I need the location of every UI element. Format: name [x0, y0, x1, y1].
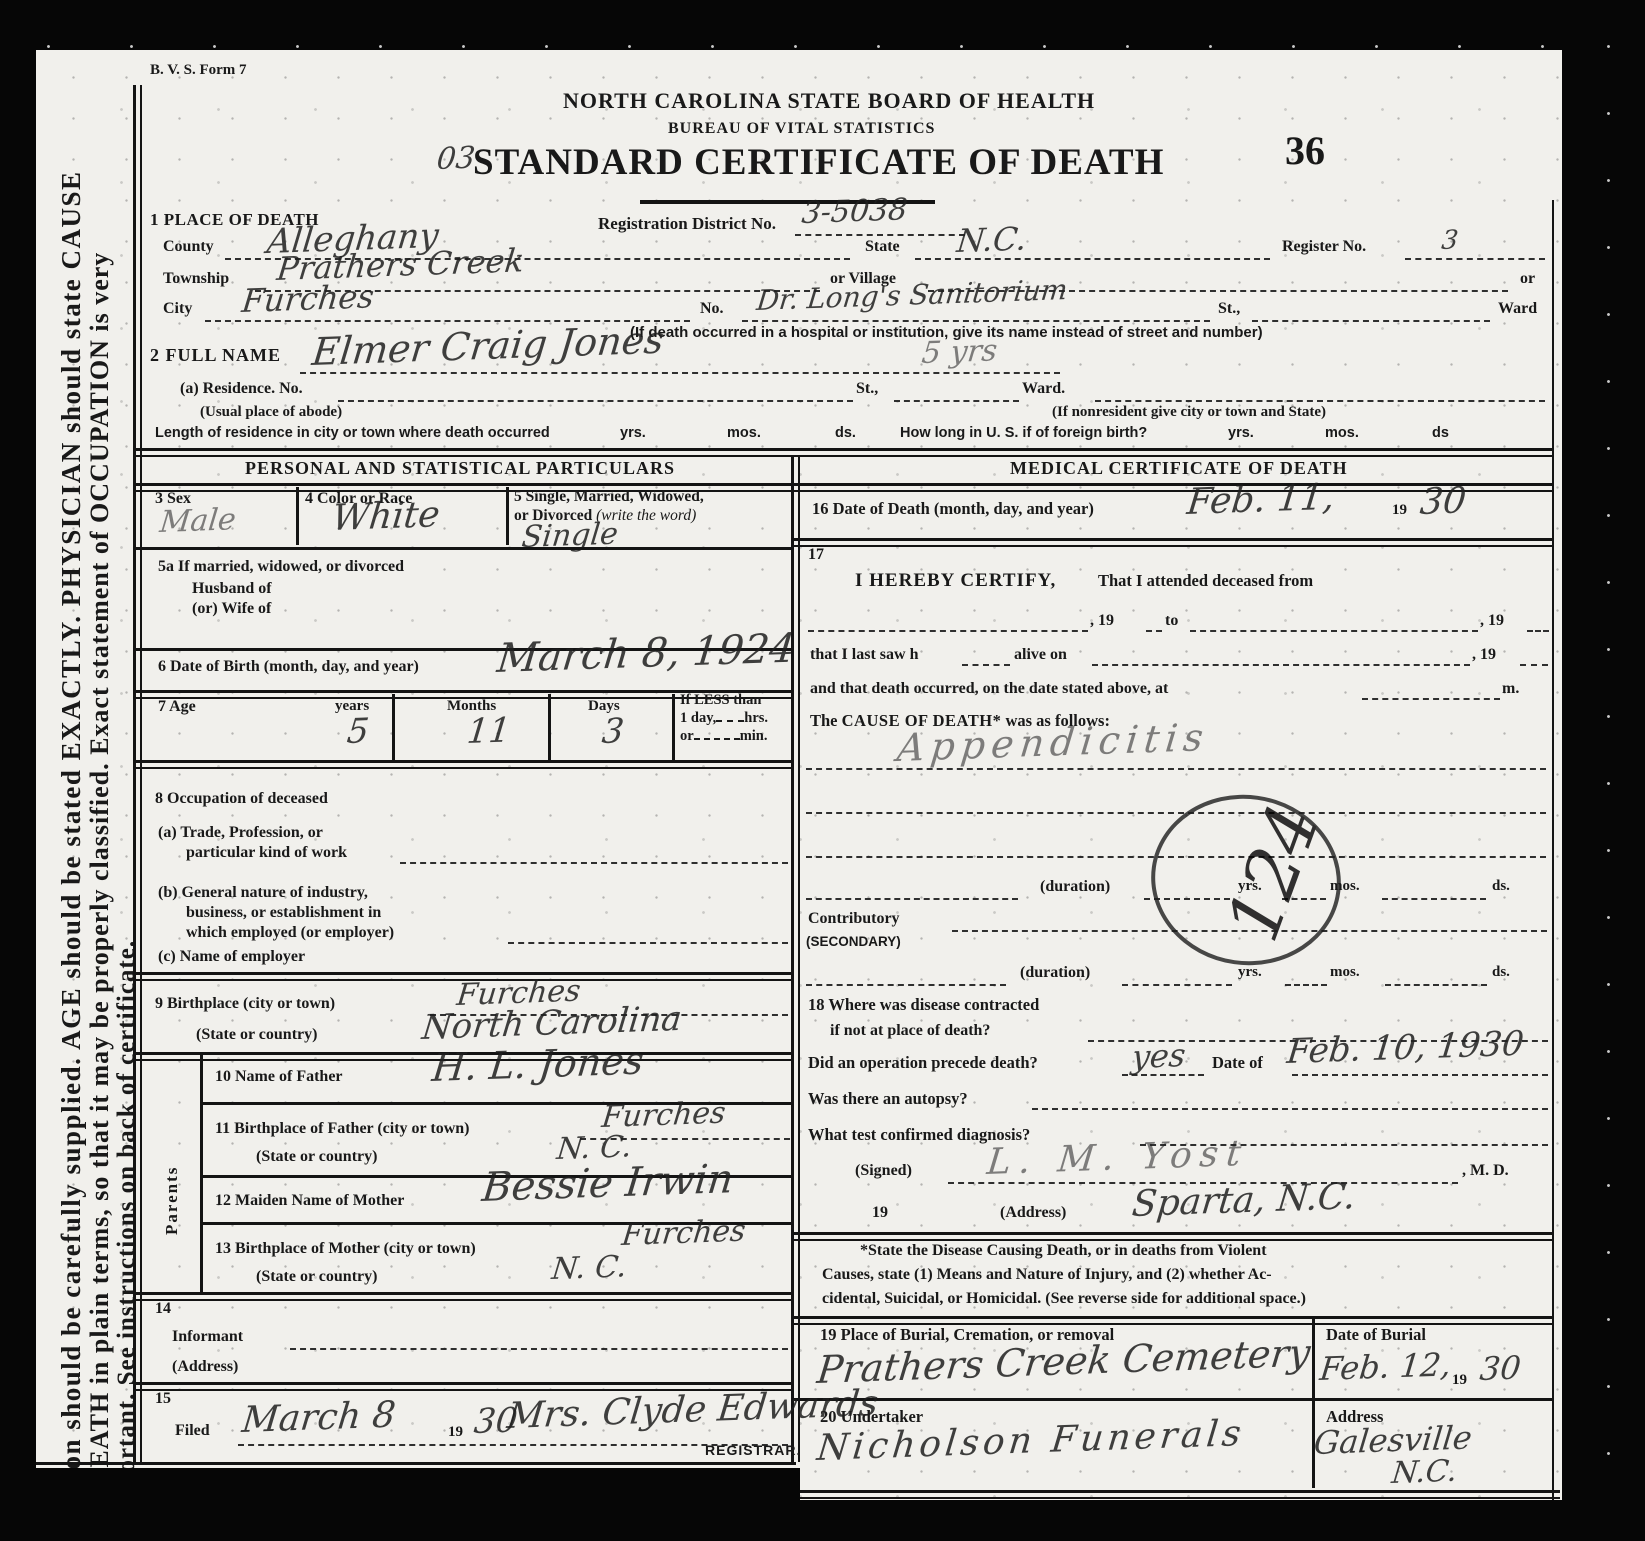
- residence-label: (a) Residence. No.: [180, 380, 303, 398]
- township-label: Township: [163, 270, 229, 288]
- cell-divider: [506, 487, 509, 545]
- father-name-value: H. L. Jones: [430, 1038, 646, 1090]
- medical-section-header: MEDICAL CERTIFICATE OF DEATH: [1010, 458, 1348, 479]
- occurred-m-label: m.: [1502, 680, 1519, 698]
- contributory-label: Contributory: [808, 910, 900, 928]
- sex-value: Male: [158, 502, 238, 540]
- birthplace-label: 9 Birthplace (city or town): [155, 995, 335, 1013]
- row-divider: [133, 1292, 791, 1301]
- parents-group-border: [200, 1052, 203, 1292]
- father-state-label: (State or country): [256, 1148, 377, 1166]
- item-17-number: 17: [808, 546, 824, 564]
- informant-number: 14: [155, 1300, 171, 1318]
- informant-label: Informant: [172, 1328, 243, 1346]
- row-divider: [791, 538, 1552, 547]
- mother-name-label: 12 Maiden Name of Mother: [215, 1192, 404, 1210]
- duration2-yrs: yrs.: [1238, 964, 1262, 981]
- scan-border-top: [0, 0, 1645, 52]
- age-label: 7 Age: [158, 698, 196, 716]
- less-hrs-text: hrs.: [744, 710, 768, 726]
- state-value: N.C.: [955, 219, 1029, 260]
- mother-birthplace-label: 13 Birthplace of Mother (city or town): [215, 1240, 476, 1258]
- blank-line: [1122, 984, 1232, 986]
- handwritten-prefix: 03: [435, 141, 477, 177]
- certify-statement-rest: That I attended deceased from: [1098, 572, 1313, 591]
- margin-note-line-2: OF DEATH in plain terms, so that it may …: [85, 252, 115, 1532]
- duration-label: (duration): [1040, 878, 1110, 896]
- form-left-border: [133, 85, 142, 1465]
- institution-value: Dr. Long's Sanitorium: [755, 273, 1069, 317]
- registration-district-value: 3-5038: [800, 192, 909, 231]
- foreign-birth-label: How long in U. S. if of foreign birth?: [900, 425, 1147, 442]
- parents-side-label: Parents: [162, 1166, 182, 1235]
- city-value: Furches: [240, 277, 376, 320]
- age-years-value: 5: [345, 711, 371, 752]
- operation-label: Did an operation precede death?: [808, 1054, 1038, 1073]
- form-number: B. V. S. Form 7: [150, 62, 247, 79]
- filed-label: Filed: [175, 1422, 210, 1440]
- blank-line: [290, 1348, 788, 1350]
- last-saw-text: that I last saw h: [810, 646, 918, 664]
- burial-year-value: 30: [1478, 1348, 1523, 1388]
- certificate-paper: mation should be carefully supplied. AGE…: [36, 50, 1562, 1502]
- filed-date-value: March 8: [240, 1394, 397, 1441]
- less-min-text: min.: [740, 728, 768, 744]
- blank-line: [508, 942, 788, 944]
- blank-line: [1520, 664, 1548, 666]
- blank-line: [806, 898, 1018, 900]
- scan-border-left: [0, 0, 36, 1541]
- if-less-line1: If LESS than: [680, 692, 761, 709]
- length-ds-label: ds.: [835, 425, 856, 442]
- cell-divider: [548, 694, 551, 760]
- full-name-label: 2 FULL NAME: [150, 345, 281, 366]
- county-label: County: [163, 238, 214, 256]
- mother-birthplace-value: Furches: [620, 1214, 747, 1253]
- blank-line: [1405, 258, 1545, 260]
- date-of-burial-value: Feb. 12,: [1318, 1345, 1453, 1388]
- occupation-b-line2: business, or establishment in: [186, 904, 381, 922]
- marital-label-line1: 5 Single, Married, Widowed,: [514, 488, 704, 506]
- filed-number: 15: [155, 1390, 171, 1408]
- blank-line: [1285, 984, 1327, 986]
- certify-statement: I HEREBY CERTIFY,: [855, 570, 1056, 592]
- mother-state-label: (State or country): [256, 1268, 377, 1286]
- abode-note: (Usual place of abode): [200, 404, 342, 421]
- dod-year-printed: 19: [1392, 502, 1407, 519]
- state-label: State: [865, 238, 900, 256]
- residence-st-label: St.,: [856, 380, 878, 398]
- register-no-value: 3: [1440, 225, 1460, 256]
- dob-label: 6 Date of Birth (month, day, and year): [158, 658, 419, 676]
- filed-year-printed: 19: [448, 1424, 463, 1441]
- dob-value: March 8, 1924: [495, 625, 797, 682]
- birthplace-state-label: (State or country): [196, 1026, 317, 1044]
- alive-on-text: alive on: [1014, 646, 1067, 664]
- autopsy-label: Was there an autopsy?: [808, 1090, 968, 1109]
- if-married-label: 5a If married, widowed, or divorced: [158, 558, 404, 576]
- blank-line: [338, 400, 853, 402]
- signed-label: (Signed): [855, 1162, 912, 1180]
- foreign-mos-label: mos.: [1325, 425, 1359, 442]
- disease-contracted-line2: if not at place of death?: [830, 1022, 990, 1040]
- bureau-title: BUREAU OF VITAL STATISTICS: [668, 120, 935, 138]
- scan-border-right: [1560, 0, 1645, 1541]
- last-saw-19: , 19: [1472, 646, 1496, 664]
- blank-line: [808, 630, 1088, 632]
- death-occurred-text: and that death occurred, on the date sta…: [810, 680, 1168, 698]
- less-day-text: 1 day,: [680, 710, 716, 726]
- father-birthplace-label: 11 Birthplace of Father (city or town): [215, 1120, 469, 1138]
- form-right-border: [1552, 200, 1554, 1541]
- husband-of-label: Husband of: [192, 580, 272, 598]
- dashed-line: [806, 812, 1546, 814]
- age-months-value: 11: [465, 710, 512, 752]
- date-of-death-label: 16 Date of Death (month, day, and year): [812, 500, 1094, 519]
- stamp-number: 124: [1210, 794, 1336, 952]
- inline-blank: [716, 710, 744, 722]
- margin-note-line-1: mation should be carefully supplied. AGE…: [56, 170, 87, 1528]
- mother-name-value: Bessie Irwin: [480, 1156, 736, 1211]
- cause-the: The: [810, 711, 838, 730]
- occupation-a-line2: particular kind of work: [186, 844, 347, 862]
- registration-district-label: Registration District No.: [598, 214, 776, 234]
- board-title: NORTH CAROLINA STATE BOARD OF HEALTH: [563, 88, 1095, 113]
- duration-ds: ds.: [1492, 878, 1510, 895]
- foreign-yrs-label: yrs.: [1228, 425, 1254, 442]
- footnote-line1: *State the Disease Causing Death, or in …: [860, 1242, 1267, 1260]
- occupation-a-line1: (a) Trade, Profession, or: [158, 824, 323, 842]
- duration2-mos: mos.: [1330, 964, 1360, 981]
- date-of-label: Date of: [1212, 1054, 1263, 1073]
- occupation-b-line1: (b) General nature of industry,: [158, 884, 368, 902]
- blank-line: [400, 862, 788, 864]
- residence-ward-label: Ward.: [1022, 380, 1065, 398]
- informant-address-label: (Address): [172, 1358, 238, 1376]
- physician-address-value: Sparta, N.C.: [1130, 1176, 1358, 1225]
- blank-line: [742, 320, 1210, 322]
- full-name-value: Elmer Craig Jones: [310, 318, 666, 374]
- blank-line: [1032, 1108, 1548, 1110]
- secondary-label: (SECONDARY): [806, 934, 901, 950]
- blank-line: [1095, 400, 1545, 402]
- cell-divider: [296, 487, 299, 545]
- dashed-line: [806, 768, 1546, 770]
- duration2-ds: ds.: [1492, 964, 1510, 981]
- length-yrs-label: yrs.: [620, 425, 646, 442]
- nonresident-note: (If nonresident give city or town and St…: [1052, 404, 1326, 421]
- burial-year-printed: 19: [1452, 1372, 1467, 1389]
- cell-divider: [392, 694, 395, 760]
- blank-line: [1292, 1074, 1548, 1076]
- certify-19a: , 19: [1090, 612, 1114, 630]
- ward-label: Ward: [1498, 300, 1537, 318]
- blank-line: [300, 372, 1060, 374]
- date-of-death-value: Feb. 11,: [1185, 477, 1337, 523]
- register-no-label: Register No.: [1282, 238, 1366, 256]
- wife-of-label: (or) Wife of: [192, 600, 271, 618]
- scan-border-bottom: [0, 1500, 1645, 1541]
- dod-year-value: 30: [1418, 480, 1468, 523]
- registrar-label: REGISTRAR.: [705, 1442, 801, 1458]
- footnote-line3: cidental, Suicidal, or Homicidal. (See r…: [822, 1290, 1306, 1308]
- race-value: White: [330, 494, 442, 539]
- section-divider: [133, 448, 1552, 457]
- or-label: or: [1520, 270, 1535, 288]
- certificate-number: 36: [1285, 128, 1325, 174]
- md-label: , M. D.: [1462, 1162, 1509, 1180]
- row-divider: [133, 547, 791, 550]
- age-days-value: 3: [600, 711, 626, 752]
- if-less-line3: ormin.: [680, 728, 767, 745]
- blank-line: [806, 984, 1006, 986]
- blank-line: [952, 930, 1547, 932]
- page-title: STANDARD CERTIFICATE OF DEATH: [473, 142, 1164, 185]
- row-divider: [133, 760, 791, 769]
- physician-address-label: (Address): [1000, 1204, 1066, 1222]
- if-less-line2: 1 day,hrs.: [680, 710, 768, 727]
- full-name-suffix: 5 yrs: [920, 333, 999, 371]
- blank-line: [1252, 320, 1490, 322]
- operation-date-value: Feb. 10, 1930: [1285, 1024, 1526, 1072]
- row-divider: [791, 1316, 1552, 1325]
- st-label: St.,: [1218, 300, 1240, 318]
- blank-line: [1092, 664, 1470, 666]
- less-or-text: or: [680, 728, 694, 744]
- date-of-burial-label: Date of Burial: [1326, 1326, 1426, 1345]
- length-residence-label: Length of residence in city or town wher…: [155, 425, 550, 442]
- row-divider: [791, 1398, 1552, 1401]
- operation-value: yes: [1130, 1036, 1187, 1076]
- blank-line: [1146, 630, 1162, 632]
- physician-signature: L. M. Yost: [985, 1133, 1251, 1183]
- cell-divider: [672, 694, 675, 760]
- duration2-label: (duration): [1020, 964, 1090, 982]
- burial-cell-divider: [1312, 1316, 1315, 1488]
- blank-line: [894, 400, 1019, 402]
- item-19-number: 19: [872, 1204, 888, 1222]
- street-no-label: No.: [700, 300, 724, 318]
- blank-line: [962, 664, 1010, 666]
- footnote-line2: Causes, state (1) Means and Nature of In…: [822, 1266, 1272, 1284]
- inline-blank: [694, 728, 740, 740]
- occupation-label: 8 Occupation of deceased: [155, 790, 328, 808]
- length-mos-label: mos.: [727, 425, 761, 442]
- occupation-b-line3: which employed (or employer): [186, 924, 394, 942]
- blank-line: [795, 234, 965, 236]
- column-divider: [791, 455, 800, 1462]
- undertaker-address-value2: N.C.: [1390, 1454, 1459, 1491]
- blank-line: [1382, 898, 1486, 900]
- mother-state-value: N. C.: [550, 1249, 628, 1287]
- certify-to: to: [1165, 612, 1178, 630]
- scanned-death-certificate: { "colors": {"paper":"#f1f0ec","ink":"#1…: [0, 0, 1645, 1541]
- certify-19b: , 19: [1480, 612, 1504, 630]
- blank-line: [1385, 984, 1487, 986]
- blank-line: [1190, 630, 1478, 632]
- blank-line: [1527, 630, 1549, 632]
- disease-contracted-label: 18 Where was disease contracted: [808, 996, 1039, 1015]
- occupation-c-label: (c) Name of employer: [158, 948, 305, 966]
- row-divider: [791, 1232, 1552, 1241]
- city-label: City: [163, 300, 192, 318]
- foreign-ds-label: ds: [1432, 425, 1449, 442]
- blank-line: [1362, 698, 1500, 700]
- father-name-label: 10 Name of Father: [215, 1068, 343, 1086]
- personal-section-header: PERSONAL AND STATISTICAL PARTICULARS: [245, 458, 675, 479]
- bottom-rule-right: [791, 1490, 1560, 1499]
